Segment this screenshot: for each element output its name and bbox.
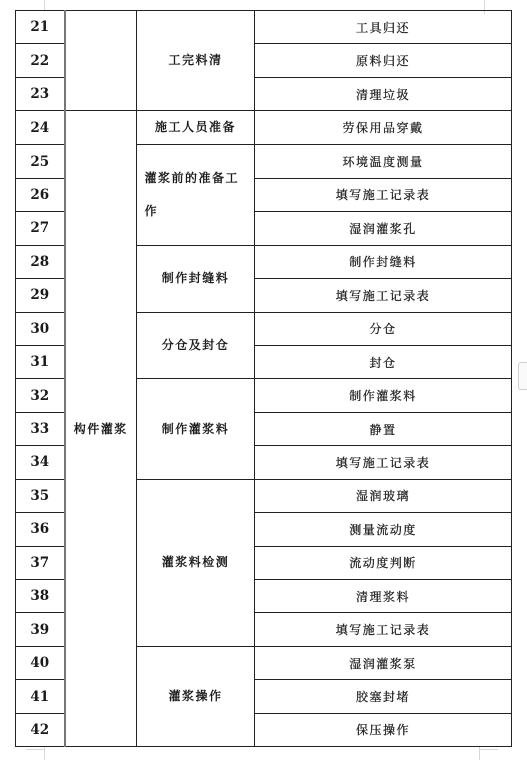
row-number: 37 <box>16 546 65 579</box>
row-number: 21 <box>16 11 65 44</box>
row-number: 39 <box>16 613 65 646</box>
stage-cell: 分仓及封仓 <box>137 312 255 379</box>
task-cell: 静置 <box>255 412 512 445</box>
category-cell <box>65 11 137 111</box>
row-number: 29 <box>16 279 65 312</box>
row-number: 33 <box>16 412 65 445</box>
task-cell: 制作封缝料 <box>255 245 512 278</box>
row-number: 22 <box>16 44 65 77</box>
process-table: 21 工完料清 工具归还 22 原料归还 23 清理垃圾 24 构件灌浆 施工人… <box>15 10 512 747</box>
stage-cell: 工完料清 <box>137 11 255 111</box>
task-cell: 劳保用品穿戴 <box>255 111 512 145</box>
row-number: 35 <box>16 479 65 512</box>
stage-cell: 灌浆操作 <box>137 646 255 746</box>
page-margin-mark <box>26 749 44 750</box>
task-cell: 保压操作 <box>255 713 512 746</box>
stage-cell: 灌浆前的准备工作 <box>137 145 255 245</box>
page-margin-mark <box>44 747 45 760</box>
stage-label: 灌浆前的准备工作 <box>145 162 247 228</box>
page-margin-mark <box>480 749 498 750</box>
row-number: 31 <box>16 345 65 378</box>
row-number: 28 <box>16 245 65 278</box>
table-row: 21 工完料清 工具归还 <box>16 11 512 44</box>
stage-cell: 制作封缝料 <box>137 245 255 312</box>
task-cell: 湿润玻璃 <box>255 479 512 512</box>
task-cell: 清理浆料 <box>255 580 512 613</box>
row-number: 27 <box>16 212 65 245</box>
task-cell: 工具归还 <box>255 11 512 44</box>
stage-cell: 灌浆料检测 <box>137 479 255 646</box>
row-number: 26 <box>16 178 65 211</box>
row-number: 41 <box>16 680 65 713</box>
task-cell: 胶塞封堵 <box>255 680 512 713</box>
task-cell: 清理垃圾 <box>255 77 512 110</box>
task-cell: 原料归还 <box>255 44 512 77</box>
task-cell: 封仓 <box>255 345 512 378</box>
task-cell: 分仓 <box>255 312 512 345</box>
side-panel-handle[interactable] <box>518 362 527 390</box>
page-margin-mark <box>44 0 45 10</box>
row-number: 40 <box>16 646 65 679</box>
task-cell: 制作灌浆料 <box>255 379 512 412</box>
task-cell: 测量流动度 <box>255 513 512 546</box>
task-cell: 填写施工记录表 <box>255 446 512 479</box>
task-cell: 填写施工记录表 <box>255 279 512 312</box>
task-cell: 环境温度测量 <box>255 145 512 178</box>
row-number: 30 <box>16 312 65 345</box>
row-number: 23 <box>16 77 65 110</box>
row-number: 38 <box>16 580 65 613</box>
stage-cell: 制作灌浆料 <box>137 379 255 479</box>
row-number: 42 <box>16 713 65 746</box>
row-number: 32 <box>16 379 65 412</box>
row-number: 36 <box>16 513 65 546</box>
row-number: 34 <box>16 446 65 479</box>
task-cell: 填写施工记录表 <box>255 613 512 646</box>
task-cell: 湿润灌浆孔 <box>255 212 512 245</box>
stage-cell: 施工人员准备 <box>137 111 255 145</box>
task-cell: 湿润灌浆泵 <box>255 646 512 679</box>
task-cell: 流动度判断 <box>255 546 512 579</box>
row-number: 24 <box>16 111 65 145</box>
category-cell: 构件灌浆 <box>65 111 137 747</box>
task-cell: 填写施工记录表 <box>255 178 512 211</box>
row-number: 25 <box>16 145 65 178</box>
table-row: 24 构件灌浆 施工人员准备 劳保用品穿戴 <box>16 111 512 145</box>
